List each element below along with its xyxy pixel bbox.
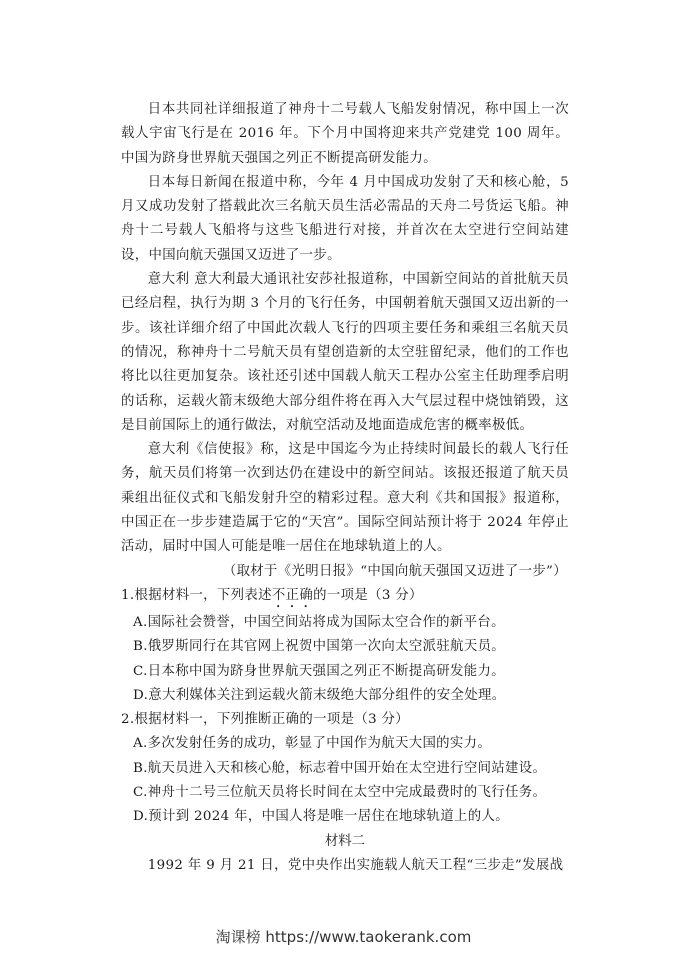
paragraph-japan-mainichi: 日本每日新闻在报道中称，今年 4 月中国成功发射了天和核心舱，5 月又成功发射了…: [121, 171, 569, 268]
question-1-prefix: 1.根据材料一，下列表述: [121, 588, 272, 603]
material-two-paragraph: 1992 年 9 月 21 日，党中央作出实施载人航天工程“三步走”发展战: [121, 854, 569, 878]
question-2-option-a: A.多次发射任务的成功，彰显了中国作为航天大国的实力。: [133, 732, 569, 756]
question-1-emphasis: 不正确: [272, 588, 313, 603]
question-2: 2.根据材料一，下列推断正确的一项是（3 分） A.多次发射任务的成功，彰显了中…: [121, 708, 569, 829]
question-2-option-d: D.预计到 2024 年，中国人将是唯一居住在地球轨道上的人。: [133, 805, 569, 829]
question-1-option-a: A.国际社会赞誉，中国空间站将成为国际太空合作的新平台。: [133, 611, 569, 635]
question-2-stem: 2.根据材料一，下列推断正确的一项是（3 分）: [121, 708, 569, 732]
paragraph-italy-messaggero: 意大利《信使报》称，这是中国迄今为止持续时间最长的载人飞行任务，航天员们将第一次…: [121, 438, 569, 559]
source-citation: （取材于《光明日报》“中国向航天强国又迈进了一步”）: [121, 560, 569, 584]
question-1-suffix: 的一项是（3 分）: [313, 588, 423, 603]
question-1-option-d: D.意大利媒体关注到运载火箭末级绝大部分组件的安全处理。: [133, 684, 569, 708]
question-1-option-c: C.日本称中国为跻身世界航天强国之列正不断提高研发能力。: [133, 660, 569, 684]
question-1-stem: 1.根据材料一，下列表述不正确的一项是（3 分）: [121, 584, 569, 611]
material-two-heading: 材料二: [121, 830, 569, 854]
question-1: 1.根据材料一，下列表述不正确的一项是（3 分） A.国际社会赞誉，中国空间站将…: [121, 584, 569, 708]
paragraph-japan-kyodo: 日本共同社详细报道了神舟十二号载人飞船发射情况，称中国上一次载人宇宙飞行是在 2…: [121, 98, 569, 171]
watermark-footer: 淘课榜 https://www.taokerank.com: [0, 926, 687, 947]
document-page: 日本共同社详细报道了神舟十二号载人飞船发射情况，称中国上一次载人宇宙飞行是在 2…: [121, 98, 569, 878]
paragraph-italy-ansa: 意大利 意大利最大通讯社安莎社报道称，中国新空间站的首批航天员已经启程，执行为期…: [121, 268, 569, 438]
question-1-option-b: B.俄罗斯同行在其官网上祝贺中国第一次向太空派驻航天员。: [133, 635, 569, 659]
question-2-option-b: B.航天员进入天和核心舱，标志着中国开始在太空进行空间站建设。: [133, 757, 569, 781]
question-2-option-c: C.神舟十二号三位航天员将长时间在太空中完成最费时的飞行任务。: [133, 781, 569, 805]
